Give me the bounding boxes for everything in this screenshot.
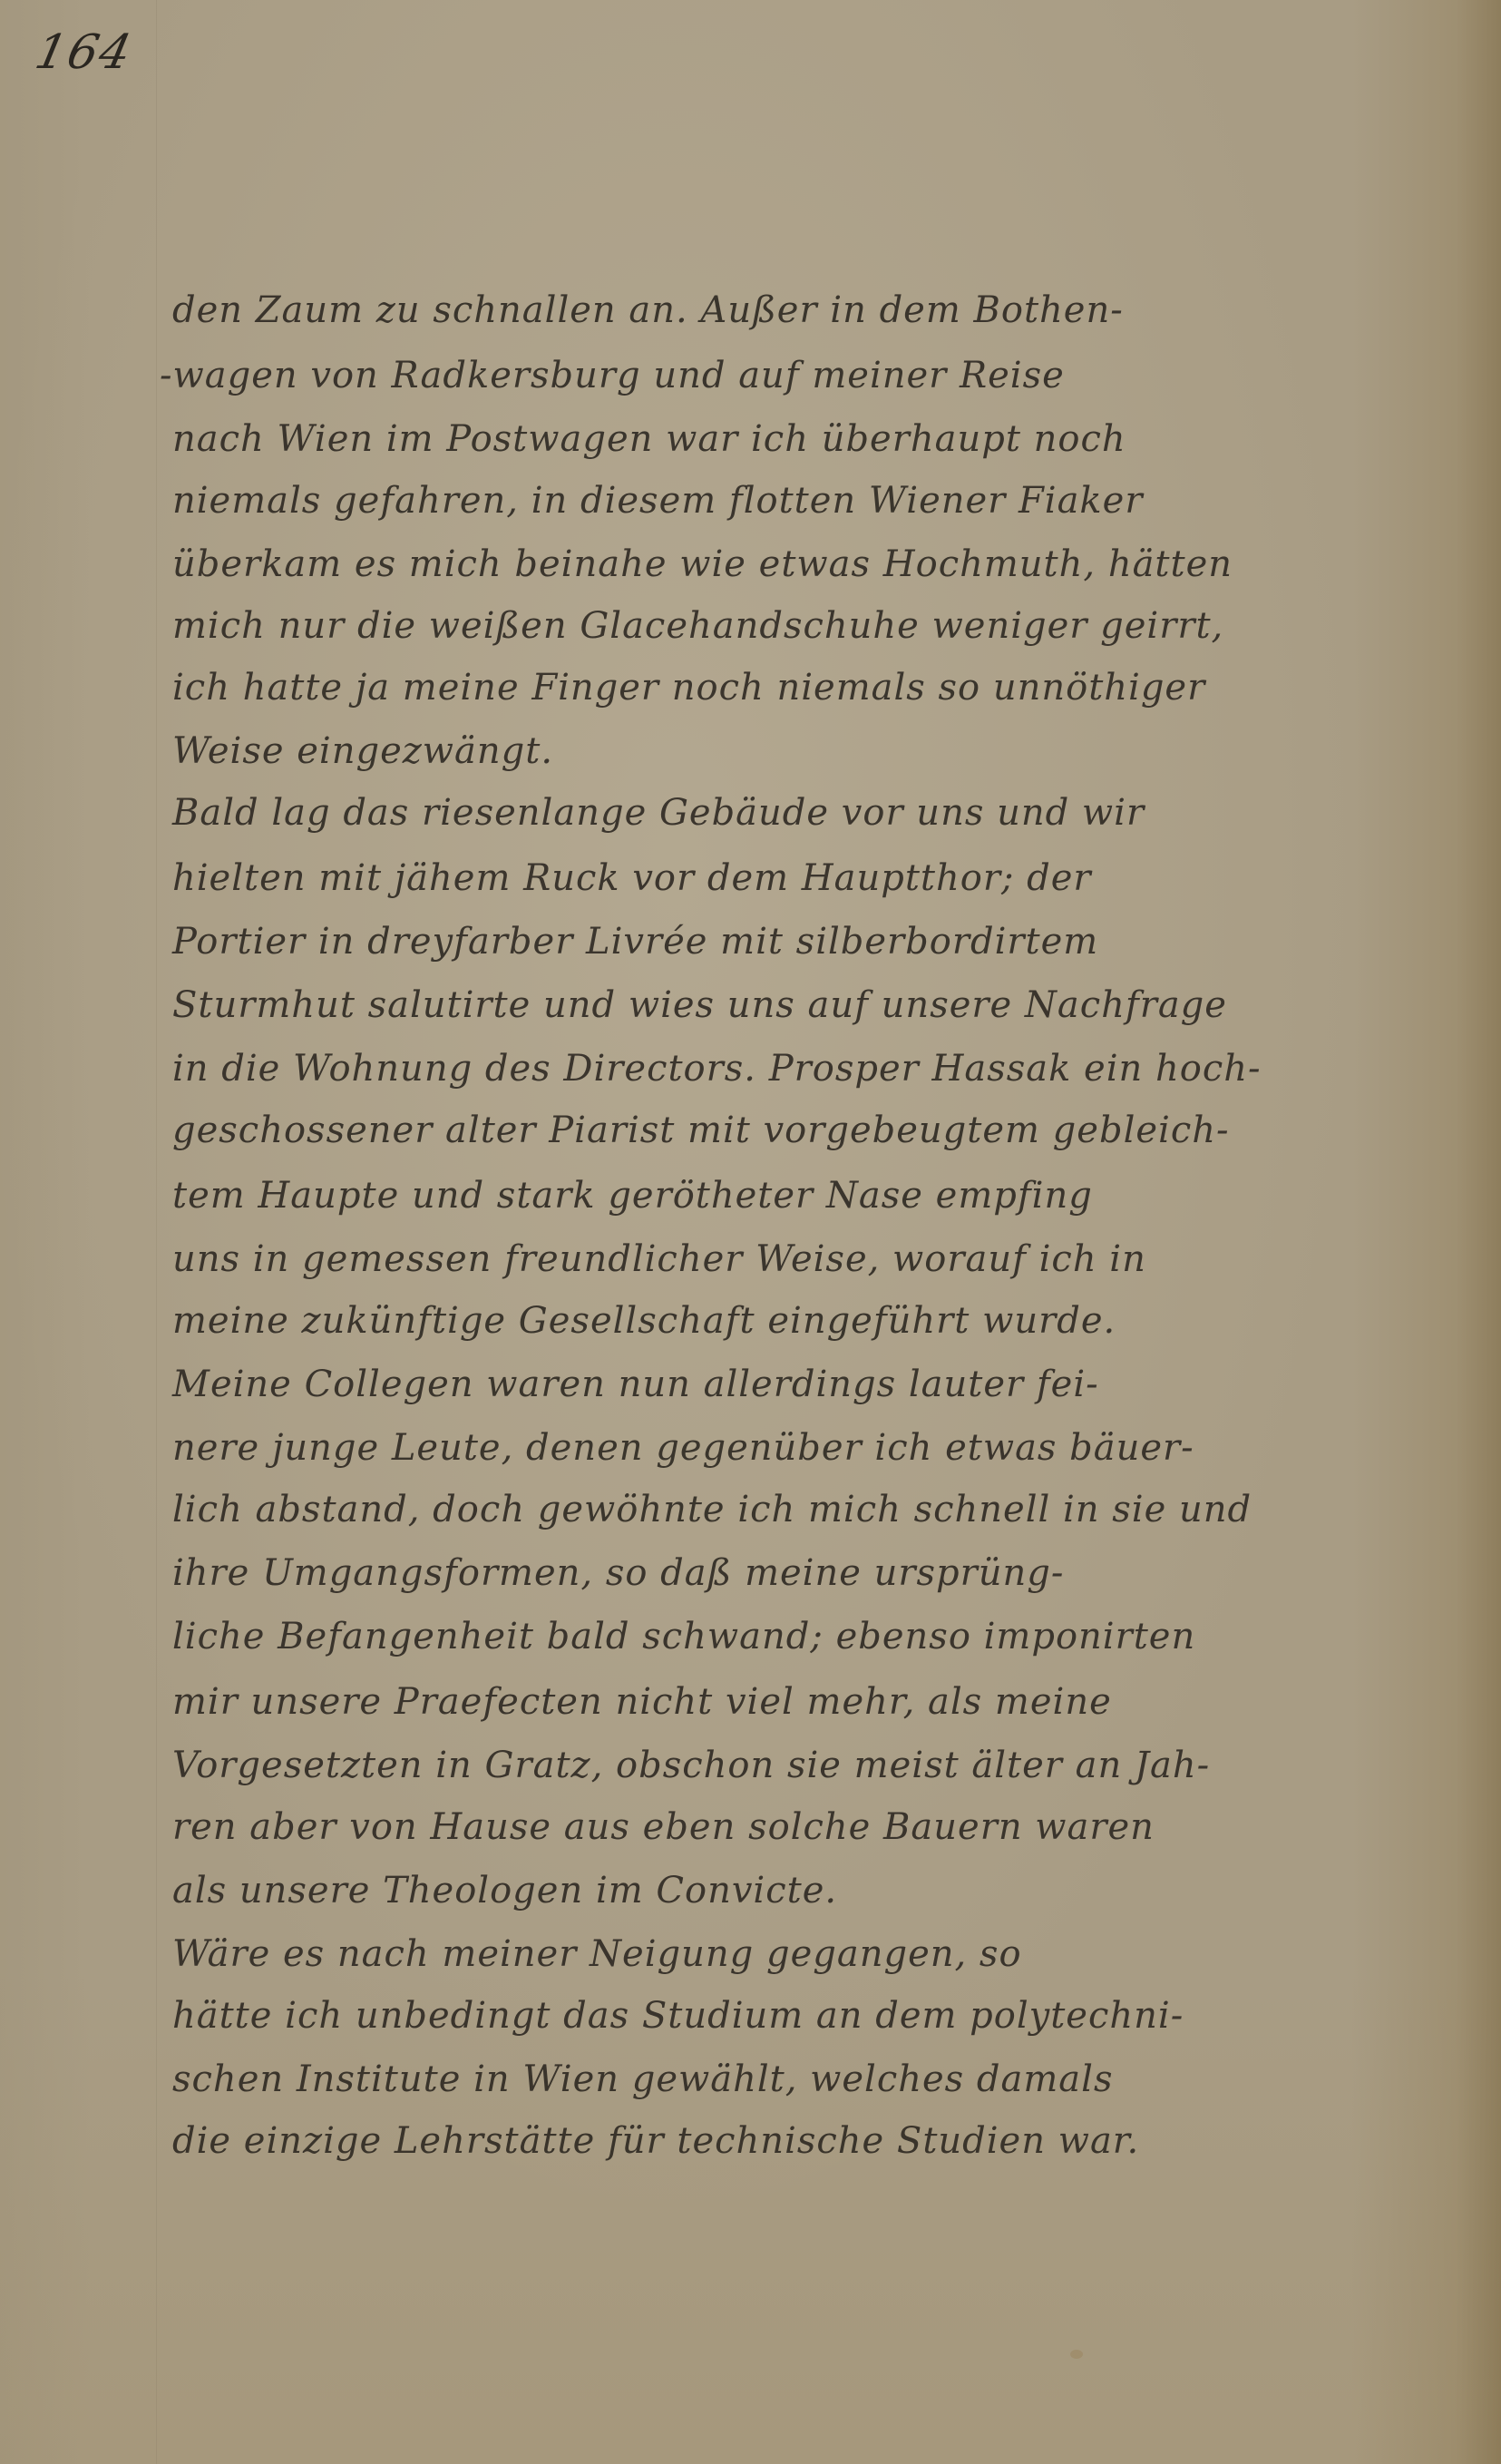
- text-line-1: den Zaum zu schnallen an. Außer in dem B…: [172, 288, 1442, 332]
- text-line-25: ren aber von Hause aus eben solche Bauer…: [172, 1805, 1442, 1849]
- text-line-8: Weise eingezwängt.: [172, 729, 1442, 773]
- text-line-3: nach Wien im Postwagen war ich überhaupt…: [172, 417, 1442, 461]
- text-line-22: liche Befangenheit bald schwand; ebenso …: [172, 1615, 1442, 1658]
- text-line-28: hätte ich unbedingt das Studium an dem p…: [172, 1994, 1442, 2038]
- text-line-15: tem Haupte und stark gerötheter Nase emp…: [172, 1174, 1442, 1217]
- text-line-20: lich abstand, doch gewöhnte ich mich sch…: [172, 1488, 1442, 1531]
- text-line-19: nere junge Leute, denen gegenüber ich et…: [172, 1426, 1442, 1470]
- margin-rule: [156, 0, 157, 2464]
- text-line-2: -wagen von Radkersburg und auf meiner Re…: [160, 354, 1429, 397]
- text-line-7: ich hatte ja meine Finger noch niemals s…: [172, 666, 1442, 709]
- text-line-27: Wäre es nach meiner Neigung gegangen, so: [172, 1932, 1442, 1976]
- text-line-23: mir unsere Praefecten nicht viel mehr, a…: [172, 1680, 1442, 1724]
- text-line-18: Meine Collegen waren nun allerdings laut…: [172, 1363, 1442, 1406]
- manuscript-page: 164 den Zaum zu schnallen an. Außer in d…: [0, 0, 1501, 2464]
- text-line-24: Vorgesetzten in Gratz, obschon sie meist…: [172, 1744, 1442, 1787]
- text-line-26: als unsere Theologen im Convicte.: [172, 1869, 1442, 1912]
- text-line-12: Sturmhut salutirte und wies uns auf unse…: [172, 983, 1442, 1027]
- text-line-29: schen Institute in Wien gewählt, welches…: [172, 2058, 1442, 2101]
- text-line-4: niemals gefahren, in diesem flotten Wien…: [172, 479, 1442, 523]
- text-line-6: mich nur die weißen Glacehandschuhe weni…: [172, 604, 1442, 648]
- text-line-10: hielten mit jähem Ruck vor dem Hauptthor…: [172, 856, 1442, 900]
- paper-stain: [1070, 2350, 1083, 2359]
- text-line-14: geschossener alter Piarist mit vorgebeug…: [172, 1109, 1442, 1152]
- text-line-21: ihre Umgangsformen, so daß meine ursprün…: [172, 1551, 1442, 1595]
- text-line-16: uns in gemessen freundlicher Weise, wora…: [172, 1237, 1442, 1281]
- text-line-9: Bald lag das riesenlange Gebäude vor uns…: [172, 791, 1442, 835]
- text-line-5: überkam es mich beinahe wie etwas Hochmu…: [172, 543, 1442, 586]
- page-number: 164: [31, 25, 138, 80]
- text-line-11: Portier in dreyfarber Livrée mit silberb…: [172, 920, 1442, 963]
- text-line-13: in die Wohnung des Directors. Prosper Ha…: [172, 1047, 1442, 1090]
- text-line-17: meine zukünftige Gesellschaft eingeführt…: [172, 1299, 1442, 1343]
- text-line-30: die einzige Lehrstätte für technische St…: [172, 2119, 1442, 2163]
